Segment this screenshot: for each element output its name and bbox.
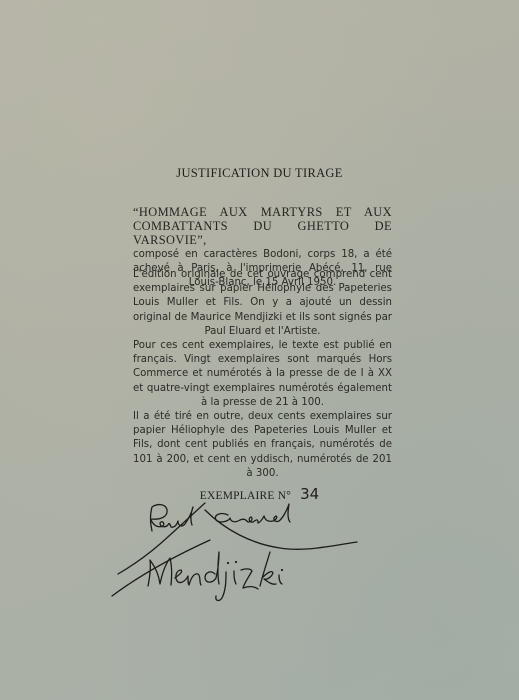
paragraph-numbering: Pour ces cent exemplaires, le texte est …	[133, 339, 392, 410]
paragraph-additional-copies: Il a été tiré en outre, deux cents exemp…	[133, 410, 392, 481]
book-title-line-2: COMBATTANTS DU GHETTO DE VARSOVIE”,	[133, 219, 392, 247]
signature-paul-eluard-icon	[118, 503, 357, 574]
copy-number: EXEMPLAIRE N° 34	[0, 484, 519, 503]
page-heading: JUSTIFICATION DU TIRAGE	[0, 166, 519, 181]
book-title-line-1: “HOMMAGE AUX MARTYRS ET AUX	[133, 205, 392, 219]
copy-number-label: EXEMPLAIRE N°	[200, 490, 291, 502]
signature-mendjizki-icon	[112, 540, 283, 600]
paragraph-original-edition: L'édition originale de cet ouvrage compr…	[133, 268, 392, 339]
copy-number-value: 34	[300, 485, 319, 503]
document-page: JUSTIFICATION DU TIRAGE “HOMMAGE AUX MAR…	[0, 0, 519, 700]
